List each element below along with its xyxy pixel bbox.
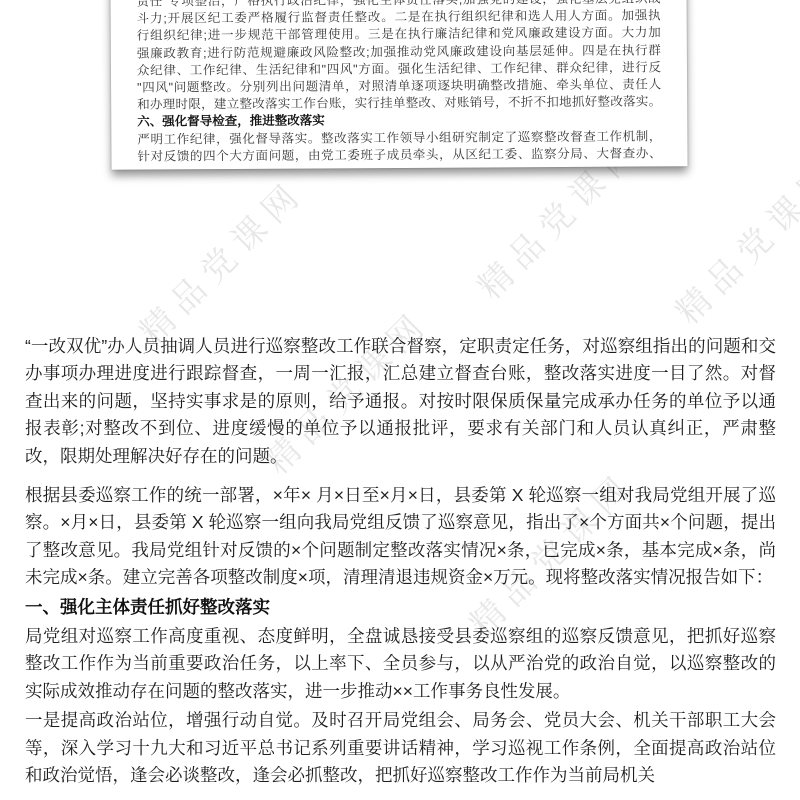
watermark-text: 精品党课网 (663, 147, 800, 334)
scan-text-line: 针对反馈的四个大方面问题，由党工委班子成员牵头，从区纪工委、监察分局、大督查办、 (137, 145, 661, 165)
section-heading: 一、强化主体责任抓好整改落实 (25, 594, 776, 621)
paragraph: 一是提高政治站位，增强行动自觉。及时召开局党组会、局务会、党员大会、机关干部职工… (25, 707, 776, 789)
watermark-text: 精品党课网 (127, 167, 314, 354)
paragraph: “一改双优”办人员抽调人员进行巡察整改工作联合督察，定职责定任务，对巡察组指出的… (25, 333, 776, 470)
document-scan-image: 责任"专项整治，严格执行政治纪律，强化主体责任落实;加强党的建设，强化基层党组织… (110, 0, 687, 170)
paragraph: 根据县委巡察工作的统一部署，×年× 月×日至×月×日，县委第 X 轮巡察一组对我… (25, 482, 776, 592)
paragraph: 局党组对巡察工作高度重视、态度鲜明，全盘诚恳接受县委巡察组的巡察反馈意见，把抓好… (25, 623, 776, 705)
article-body: “一改双优”办人员抽调人员进行巡察整改工作联合督察，定职责定任务，对巡察组指出的… (25, 333, 776, 792)
